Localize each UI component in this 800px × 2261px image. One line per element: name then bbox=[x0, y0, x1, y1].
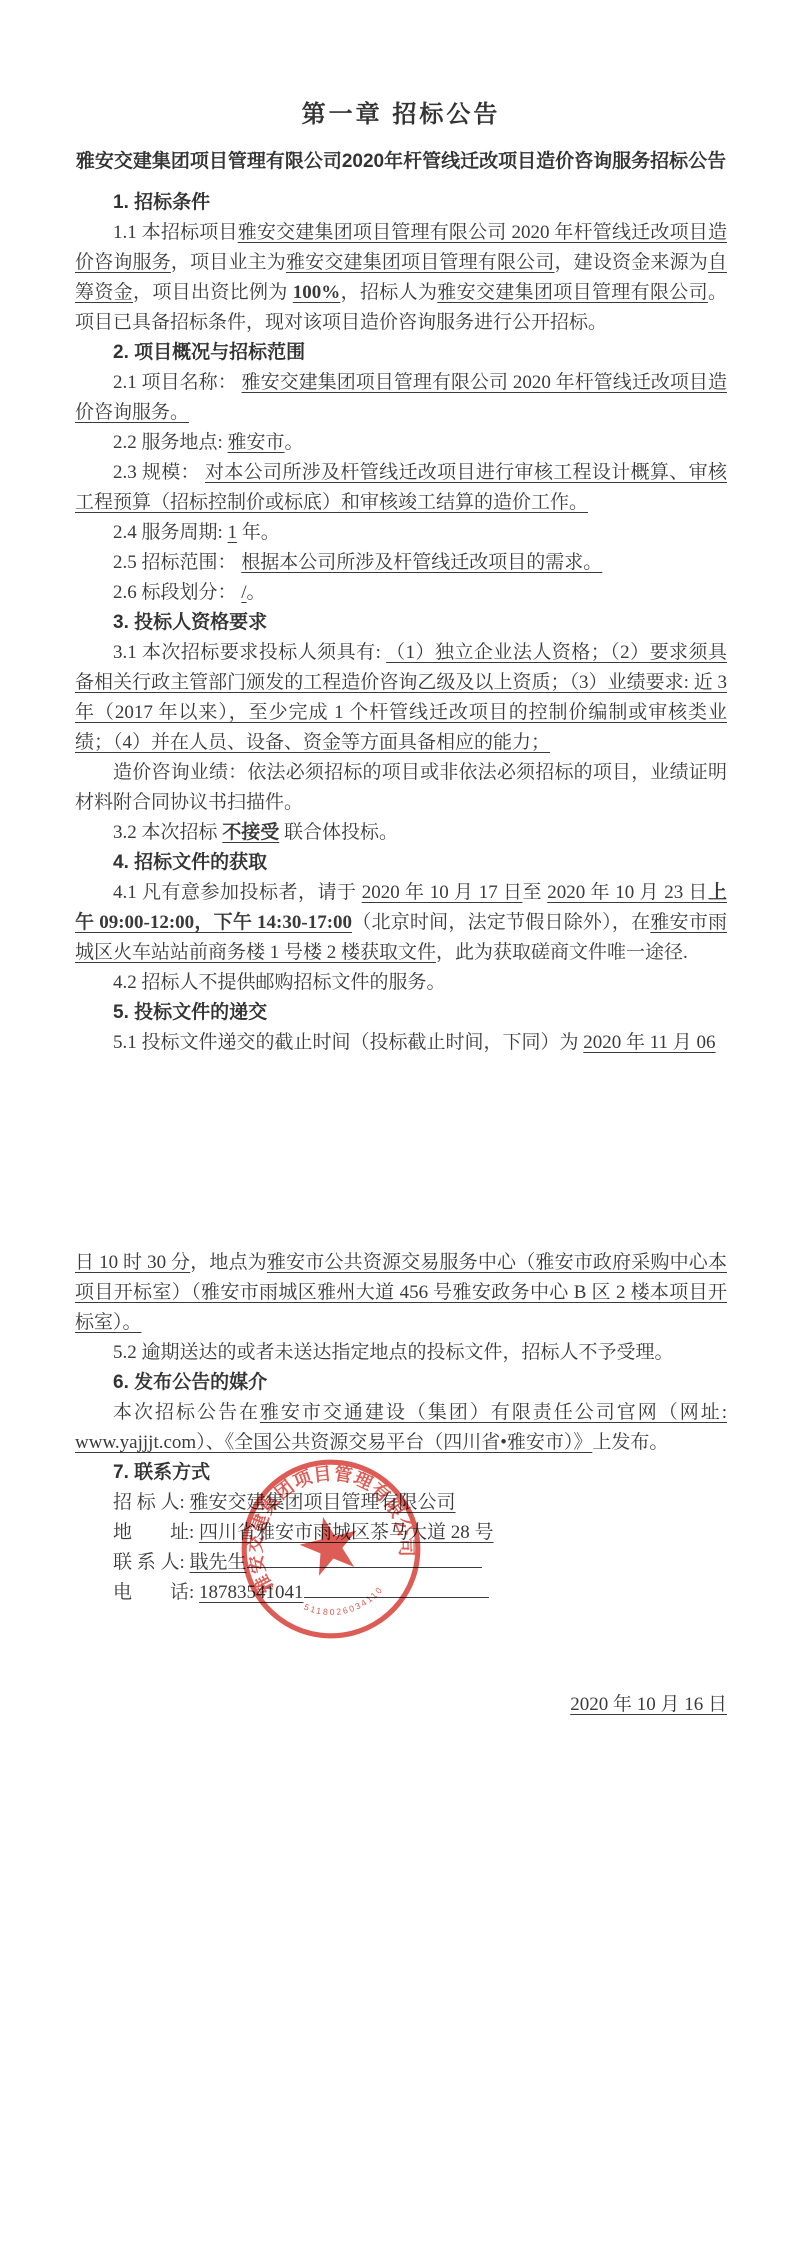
text-segment: 2.4 服务周期: bbox=[113, 522, 228, 543]
text-segment: 2.1 项目名称： bbox=[113, 372, 242, 393]
contact-label: 电 话: bbox=[113, 1582, 199, 1603]
section-7-heading: 7. 联系方式 bbox=[113, 1458, 727, 1488]
contact-row-address: 地 址: 四川省雅安市雨城区茶马大道 28 号 bbox=[113, 1518, 727, 1548]
text-segment: 年。 bbox=[237, 522, 280, 543]
section-6-heading: 6. 发布公告的媒介 bbox=[113, 1368, 727, 1398]
paragraph-4-1: 4.1 凡有意参加投标者，请于 2020 年 10 月 17 日至 2020 年… bbox=[75, 878, 727, 968]
funding-ratio: 100% bbox=[293, 282, 341, 303]
text-segment: ，地点为 bbox=[190, 1252, 267, 1273]
underline-rule bbox=[247, 1552, 482, 1568]
text-segment: ，招标人为 bbox=[340, 282, 437, 303]
text-segment: 本次招标公告在 bbox=[113, 1402, 260, 1423]
paragraph-2-1: 2.1 项目名称： 雅安交建集团项目管理有限公司 2020 年杆管线迁改项目造价… bbox=[75, 368, 727, 428]
tenderee-address: 四川省雅安市雨城区茶马大道 28 号 bbox=[199, 1522, 494, 1543]
text-segment: ，项目出资比例为 bbox=[133, 282, 293, 303]
paragraph-6-1: 本次招标公告在雅安市交通建设（集团）有限责任公司官网（网址: www.yajjj… bbox=[75, 1398, 727, 1458]
project-owner: 雅安交建集团项目管理有限公司 bbox=[286, 252, 555, 273]
consortium-not-accepted: 不接受 bbox=[222, 822, 279, 843]
date-text: 2020 年 10 月 16 日 bbox=[570, 1694, 727, 1715]
text-segment: 。 bbox=[247, 582, 266, 603]
tenderee-name: 雅安交建集团项目管理有限公司 bbox=[190, 1492, 456, 1513]
contact-person: 戢先生 bbox=[190, 1552, 247, 1573]
obtain-end-date: 2020 年 10 月 23 日 bbox=[547, 882, 708, 903]
chapter-title: 第一章 招标公告 bbox=[75, 96, 727, 134]
paragraph-3-1: 3.1 本次招标要求投标人须具有: （1）独立企业法人资格；（2）要求须具备相关… bbox=[75, 638, 727, 758]
text-segment: 联合体投标。 bbox=[279, 822, 398, 843]
text-segment: （北京时间，法定节假日除外），在 bbox=[352, 912, 650, 933]
paragraph-2-5: 2.5 招标范围： 根据本公司所涉及杆管线迁改项目的需求。 bbox=[75, 548, 727, 578]
section-5-heading: 5. 投标文件的递交 bbox=[113, 998, 727, 1028]
text-segment: 3.1 本次招标要求投标人须具有: bbox=[113, 642, 386, 663]
text-segment: ，项目业主为 bbox=[171, 252, 286, 273]
text-segment: 2.6 标段划分： bbox=[113, 582, 241, 603]
text-segment: 4.1 凡有意参加投标者，请于 bbox=[113, 882, 362, 903]
text-segment: 5.1 投标文件递交的截止时间（投标截止时间，下同）为 bbox=[113, 1032, 583, 1053]
deadline-date: 2020 年 11 月 06 bbox=[583, 1032, 715, 1053]
contact-row-person: 联 系 人: 戢先生 bbox=[113, 1548, 727, 1578]
text-segment: 2.5 招标范围： bbox=[113, 552, 241, 573]
text-segment: 至 bbox=[522, 882, 547, 903]
service-period: 1 bbox=[228, 522, 238, 543]
text-segment: 2.3 规模： bbox=[113, 462, 205, 483]
paragraph-2-6: 2.6 标段划分： /。 bbox=[75, 578, 727, 608]
paragraph-2-3: 2.3 规模： 对本公司所涉及杆管线迁改项目进行审核工程设计概算、审核工程预算（… bbox=[75, 458, 727, 518]
section-2-heading: 2. 项目概况与招标范围 bbox=[113, 338, 727, 368]
text-segment: ，此为获取磋商文件唯一途径. bbox=[436, 942, 688, 963]
paragraph-2-4: 2.4 服务周期: 1 年。 bbox=[75, 518, 727, 548]
paragraph-5-2: 5.2 逾期送达的或者未送达指定地点的投标文件，招标人不予受理。 bbox=[75, 1338, 727, 1368]
document-date: 2020 年 10 月 16 日 bbox=[75, 1690, 727, 1720]
paragraph-4-2: 4.2 招标人不提供邮购招标文件的服务。 bbox=[75, 968, 727, 998]
tenderee-name: 雅安交建集团项目管理有限公司 bbox=[437, 282, 708, 303]
paragraph-3-performance: 造价咨询业绩：依法必须招标的项目或非依法必须招标的项目，业绩证明材料附合同协议书… bbox=[75, 758, 727, 818]
underline-rule bbox=[304, 1582, 489, 1598]
deadline-time: 日 10 时 30 分 bbox=[75, 1252, 190, 1273]
section-1-heading: 1. 招标条件 bbox=[113, 188, 727, 218]
contact-phone: 18783541041 bbox=[199, 1582, 304, 1603]
page-break-gap bbox=[75, 1058, 727, 1248]
paragraph-5-1-page1: 5.1 投标文件递交的截止时间（投标截止时间，下同）为 2020 年 11 月 … bbox=[75, 1028, 727, 1058]
contact-label: 地 址: bbox=[113, 1522, 199, 1543]
contact-row-tenderee: 招 标 人: 雅安交建集团项目管理有限公司 bbox=[113, 1488, 727, 1518]
paragraph-3-2: 3.2 本次招标 不接受 联合体投标。 bbox=[75, 818, 727, 848]
contact-label: 招 标 人: bbox=[113, 1492, 190, 1513]
section-3-heading: 3. 投标人资格要求 bbox=[113, 608, 727, 638]
tender-announcement-document: 第一章 招标公告 雅安交建集团项目管理有限公司2020年杆管线迁改项目造价咨询服… bbox=[0, 0, 800, 2261]
tender-scope: 根据本公司所涉及杆管线迁改项目的需求。 bbox=[241, 552, 602, 573]
obtain-start-date: 2020 年 10 月 17 日 bbox=[362, 882, 523, 903]
text-segment: 1.1 本招标项目 bbox=[113, 222, 238, 243]
notice-title: 雅安交建集团项目管理有限公司2020年杆管线迁改项目造价咨询服务招标公告 bbox=[75, 148, 727, 176]
paragraph-2-2: 2.2 服务地点: 雅安市。 bbox=[75, 428, 727, 458]
text-segment: 上发布。 bbox=[592, 1432, 668, 1453]
paragraph-5-1-page2: 日 10 时 30 分，地点为雅安市公共资源交易服务中心（雅安市政府采购中心本项… bbox=[75, 1248, 727, 1338]
contact-label: 联 系 人: bbox=[113, 1552, 190, 1573]
text-segment: 。 bbox=[285, 432, 304, 453]
text-segment: 3.2 本次招标 bbox=[113, 822, 222, 843]
service-location: 雅安市 bbox=[228, 432, 285, 453]
text-segment: ，建设资金来源为 bbox=[555, 252, 708, 273]
contact-row-phone: 电 话: 18783541041 bbox=[113, 1578, 727, 1608]
text-segment: 2.2 服务地点: bbox=[113, 432, 228, 453]
section-4-heading: 4. 招标文件的获取 bbox=[113, 848, 727, 878]
paragraph-1-1: 1.1 本招标项目雅安交建集团项目管理有限公司 2020 年杆管线迁改项目造价咨… bbox=[75, 218, 727, 338]
